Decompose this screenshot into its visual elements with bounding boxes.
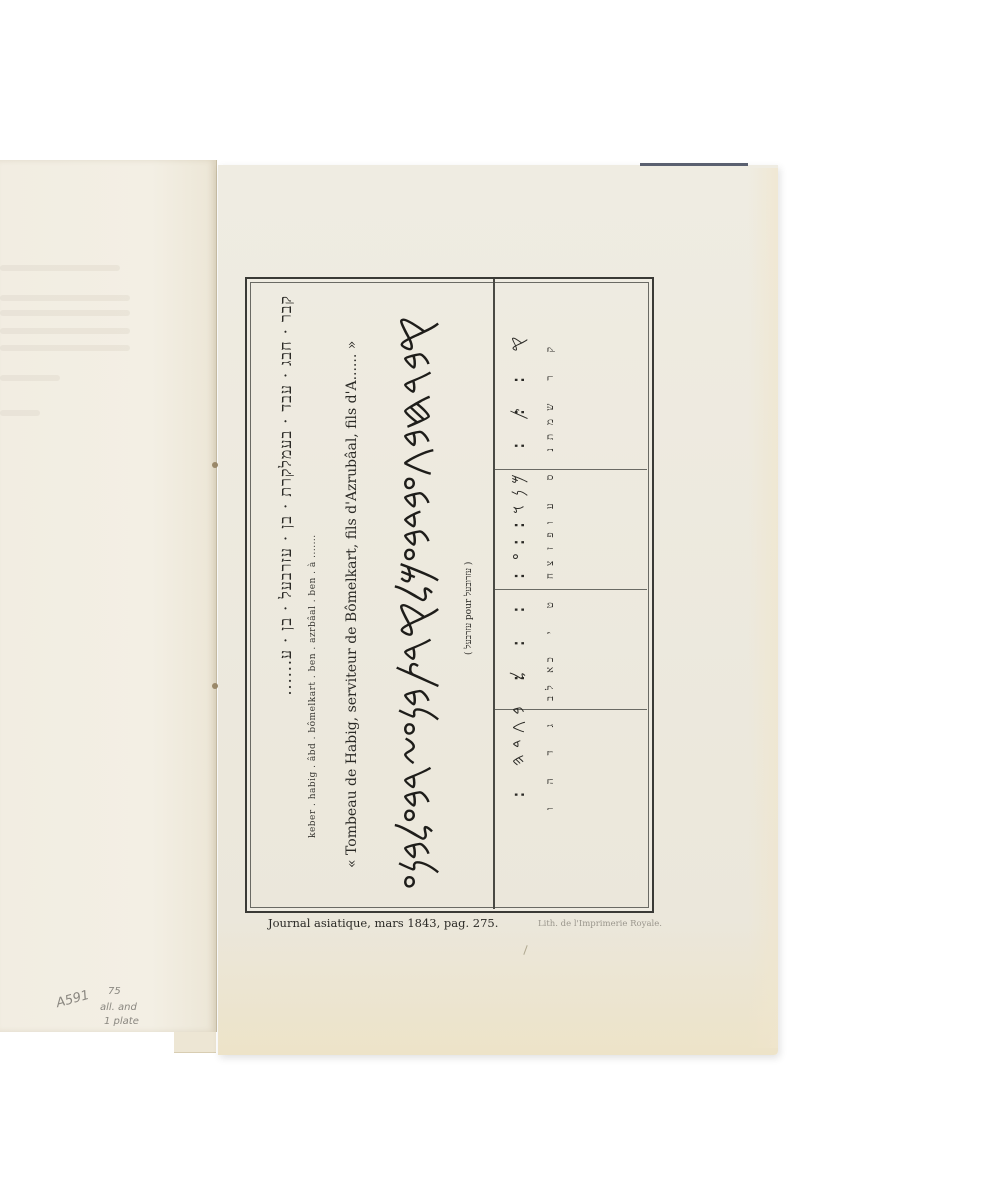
bleed-through-text: [0, 328, 130, 334]
cover-edge-strip: [640, 163, 748, 166]
page-edge: [748, 168, 778, 1048]
hebrew-transcription: קבר · חבג · עבד · בעמלקרת · בן · עזרבעל …: [276, 295, 296, 855]
transliteration: keber . habig . âbd . bômelkart . ben . …: [308, 534, 318, 838]
journal-citation: Journal asiatique, mars 1843, pag. 275.: [268, 916, 498, 930]
bleed-through-text: [0, 410, 40, 416]
bleed-through-text: [0, 265, 120, 271]
bleed-through-text: [0, 295, 130, 301]
plate-frame: [245, 277, 654, 913]
table-cell-3-glyphs: 𐤅 : : : : 𐤋: [508, 499, 529, 680]
table-cell-4-hebrew: א ב ג ד ה ו: [545, 657, 556, 810]
pencil-number: 75: [108, 986, 121, 997]
frame-divider: [493, 279, 495, 909]
pencil-note-line2: 1 plate: [104, 1016, 139, 1027]
bleed-through-text: [0, 310, 130, 316]
spelling-note: ( עזרבעל pour עזרובעל ): [463, 562, 474, 655]
bleed-through-text: [0, 345, 130, 351]
lithographer-credit: Lith. de l'Imprimerie Royale.: [538, 919, 662, 929]
pencil-note-line1: all. and: [100, 1002, 137, 1013]
left-page-tab: [174, 1032, 216, 1053]
left-page: [0, 160, 217, 1032]
phoenician-inscription: 𐤒𐤁𐤓𐤇𐤁𐤂𐤏𐤁𐤃𐤁𐤏𐤌𐤋𐤒𐤓𐤕𐤁𐤍𐤏𐤆𐤓𐤁𐤏𐤋𐤁𐤍𐤏: [390, 318, 441, 890]
table-cell-4-glyphs: : 𐤁𐤂𐤃𐤄 :: [508, 667, 529, 800]
bleed-through-text: [0, 375, 60, 381]
french-translation: « Tombeau de Habig, serviteur de Bômelka…: [344, 341, 360, 868]
